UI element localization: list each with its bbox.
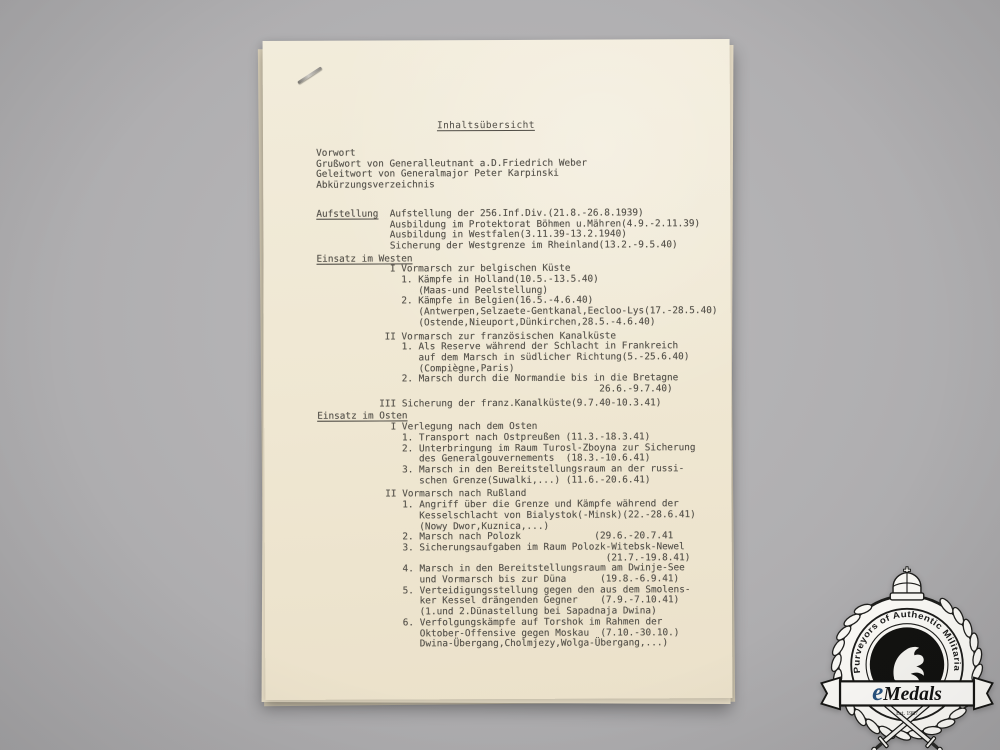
document-title: Inhaltsübersicht xyxy=(437,119,730,131)
document-line: (Ostende,Nieuport,Dünkirchen,28.5.-4.6.4… xyxy=(317,317,731,330)
document-line: Dwina-Übergang,Cholmjezy,Wolga-Übergang,… xyxy=(318,638,732,651)
est-text: Est. 1987 xyxy=(896,711,918,717)
staple xyxy=(297,66,322,84)
document-line: 26.6.-9.7.40) xyxy=(317,384,731,397)
document-line: schen Grenze(Suwalki,...) (11.6.-20.6.41… xyxy=(317,475,731,488)
document-lines: VorwortGrußwort von Generalleutnant a.D.… xyxy=(316,147,732,651)
document-line: Abkürzungsverzeichnis xyxy=(316,179,730,192)
document-line: Sicherung der Westgrenze im Rheinland(13… xyxy=(316,240,730,253)
photo-background: Inhaltsübersicht VorwortGrußwort von Gen… xyxy=(0,0,1000,750)
emedals-watermark-logo: Purveyors of Authentic Militaria xyxy=(814,566,1000,750)
document-page: Inhaltsübersicht VorwortGrußwort von Gen… xyxy=(263,39,733,700)
document-line: III Sicherung der franz.Kanalküste(9.7.4… xyxy=(317,398,731,411)
crown-icon xyxy=(890,567,923,600)
